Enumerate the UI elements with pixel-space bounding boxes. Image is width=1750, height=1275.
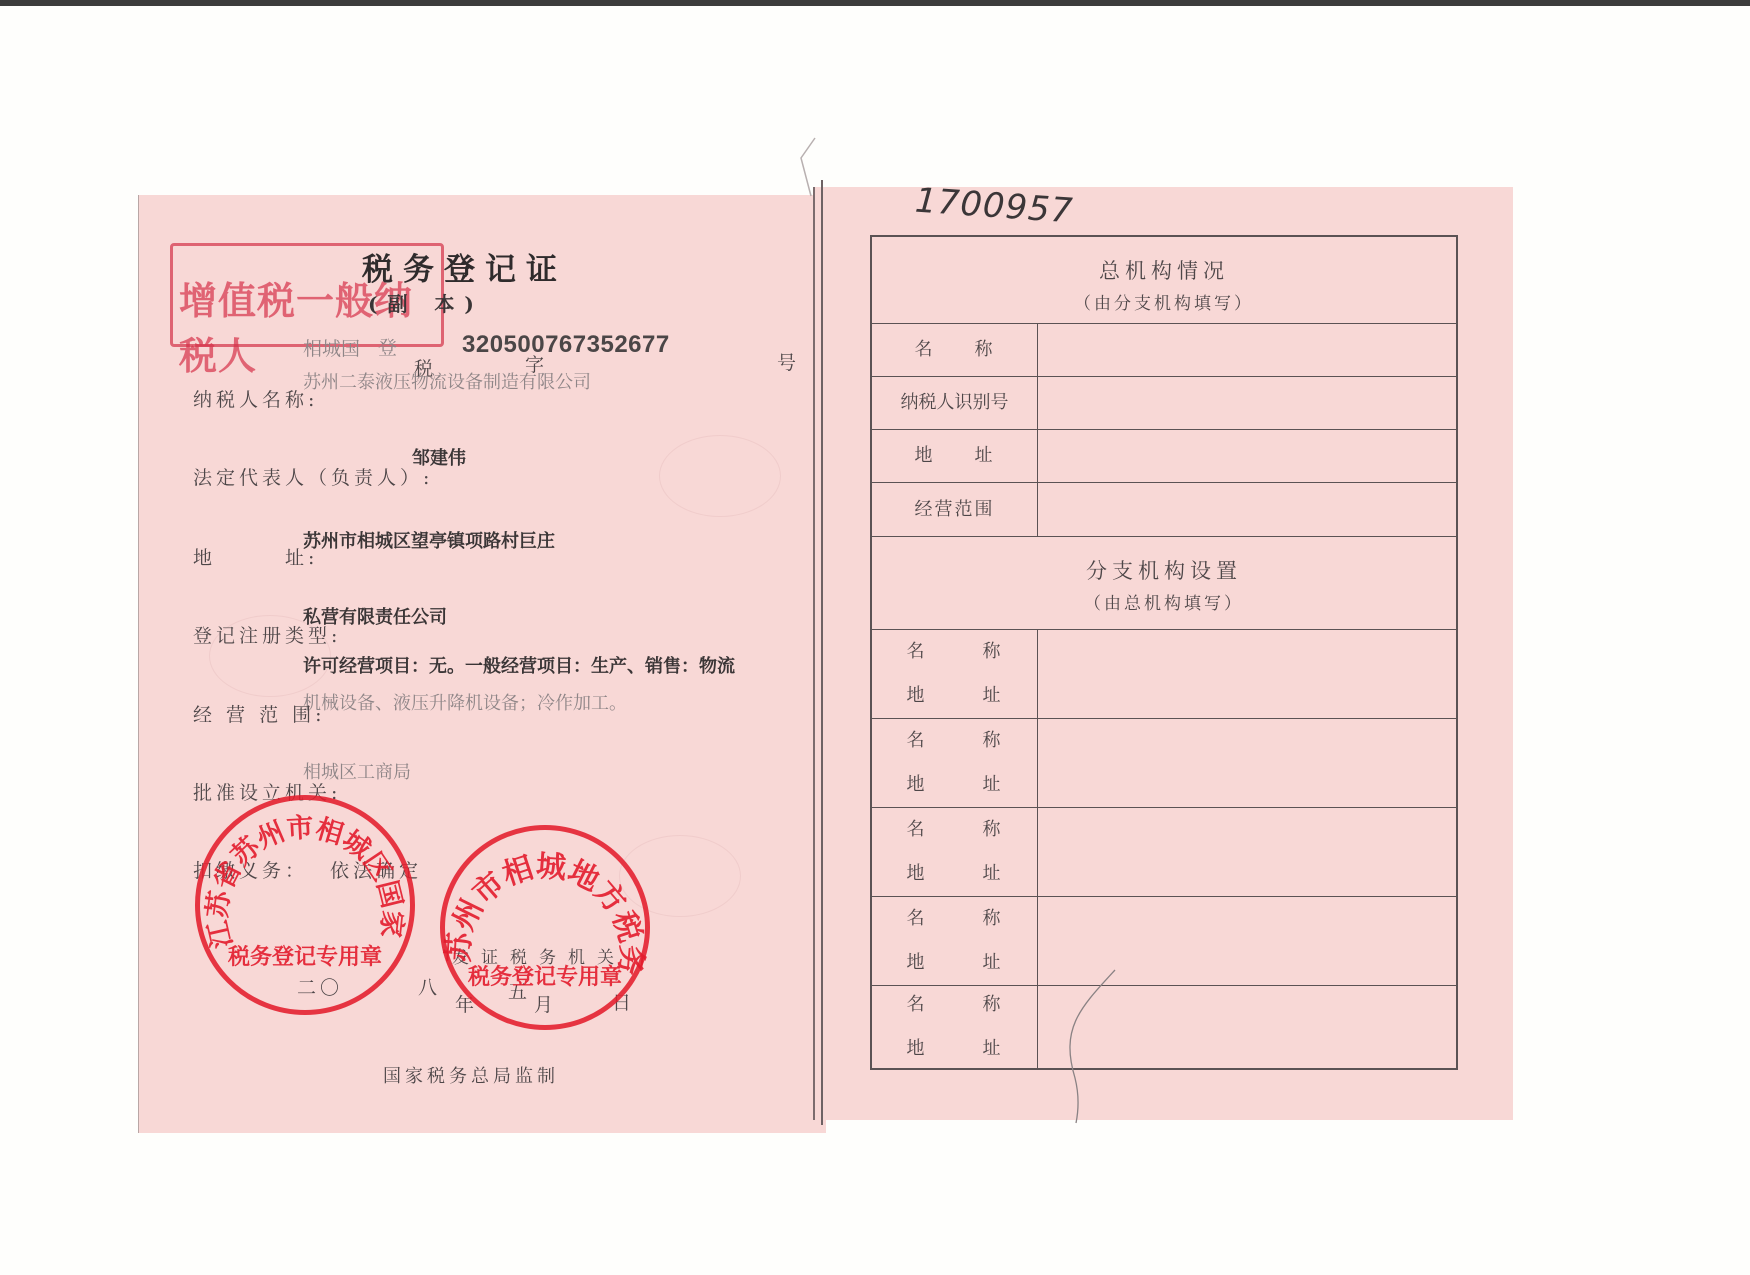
label-char: 称: [983, 808, 1003, 852]
label-char: 称: [983, 897, 1003, 941]
seal-ring-text-icon: 江苏省苏州市相城区国家税务局: [195, 795, 415, 1015]
head-office-taxid-field[interactable]: [1038, 377, 1456, 429]
scanner-top-edge: [0, 0, 1750, 6]
label-char: 名: [907, 808, 927, 852]
seal-ring-text-icon: 苏州市相城地方税务局: [440, 825, 650, 1030]
head-office-address-field[interactable]: [1038, 430, 1456, 482]
seal-center-text: 税务登记专用章: [200, 940, 410, 971]
label-char: 名: [907, 630, 927, 674]
svg-text:江苏省苏州市相城区国家税务局: 江苏省苏州市相城区国家税务局: [181, 771, 408, 951]
branches-section-header: 分支机构设置 （由总机构填写）: [872, 537, 1456, 630]
date-year-digit: 八: [418, 973, 441, 1000]
address-label: 地 址:: [193, 543, 318, 570]
branch-1-field[interactable]: [1038, 630, 1456, 718]
row-label: 经营范围: [915, 488, 995, 532]
local-tax-bureau-seal: 苏州市相城地方税务局 税务登记专用章: [440, 825, 650, 1030]
branch-row: 名称 地址: [872, 986, 1456, 1068]
taxpayer-name-value: 苏州二泰液压物流设备制造有限公司: [303, 368, 591, 394]
label-char: 址: [983, 674, 1003, 718]
taxpayer-name-label: 纳税人名称:: [193, 385, 318, 412]
label-char: 地: [907, 1027, 927, 1071]
document-title: 税务登记证: [362, 244, 567, 289]
branch-row: 名称 地址: [872, 719, 1456, 808]
row-label: 纳税人识别号: [901, 381, 1009, 425]
head-office-note: （由分支机构填写）: [872, 289, 1456, 314]
svg-text:苏州市相城地方税务局: 苏州市相城地方税务局: [425, 798, 649, 977]
seal-center-text: 税务登记专用章: [445, 960, 645, 991]
tax-reg-prefix: 相城国: [303, 334, 360, 361]
head-office-title: 总机构情况: [872, 255, 1456, 285]
label-char: 地: [907, 941, 927, 985]
label-char: 称: [983, 719, 1003, 763]
branch-row: 名称 地址: [872, 808, 1456, 897]
tax-reg-char-deng: 登: [378, 333, 401, 360]
label-char: 址: [983, 852, 1003, 896]
loose-thread: [1040, 968, 1120, 1128]
label-char: 地: [907, 852, 927, 896]
label-char: 地: [907, 763, 927, 807]
branch-2-field[interactable]: [1038, 719, 1456, 807]
address-value: 苏州市相城区望亭镇项路村巨庄: [303, 527, 555, 553]
book-spine: [821, 180, 823, 1125]
business-scope-value-line2: 机械设备、液压升降机设备；冷作加工。: [303, 689, 627, 715]
head-office-name-field[interactable]: [1038, 324, 1456, 376]
head-office-row-scope: 经营范围: [872, 483, 1456, 537]
label-char: 址: [983, 1027, 1003, 1071]
branch-row: 名称 地址: [872, 630, 1456, 719]
security-watermark: [659, 435, 781, 517]
tax-registration-number: 320500767352677: [462, 331, 670, 359]
label-char: 名: [907, 719, 927, 763]
legal-representative-label: 法定代表人（负责人）:: [193, 463, 433, 490]
label-char: 称: [983, 983, 1003, 1027]
head-office-scope-field[interactable]: [1038, 483, 1456, 536]
label-char: 称: [983, 630, 1003, 674]
label-char: 名: [907, 897, 927, 941]
head-office-row-name: 名 称: [872, 324, 1456, 377]
label-char: 址: [983, 941, 1003, 985]
label-char: 址: [983, 763, 1003, 807]
label-char: 地: [907, 674, 927, 718]
branch-3-field[interactable]: [1038, 808, 1456, 896]
row-label: 名 称: [915, 328, 995, 372]
registration-type-label: 登记注册类型:: [193, 621, 341, 648]
document-subtitle: (副 本): [368, 288, 484, 317]
head-office-section-header: 总机构情况 （由分支机构填写）: [872, 237, 1456, 324]
branches-title: 分支机构设置: [872, 555, 1456, 585]
branch-info-table: 总机构情况 （由分支机构填写） 名 称 纳税人识别号 地 址 经营范围 分支机构…: [870, 235, 1458, 1070]
head-office-row-address: 地 址: [872, 430, 1456, 483]
tax-reg-suffix: 号: [777, 348, 800, 375]
branch-row: 名称 地址: [872, 897, 1456, 986]
label-char: 名: [907, 983, 927, 1027]
head-office-row-taxid: 纳税人识别号: [872, 377, 1456, 430]
business-scope-label: 经 营 范 围:: [193, 700, 326, 727]
state-tax-bureau-seal: 江苏省苏州市相城区国家税务局 税务登记专用章: [195, 795, 415, 1015]
row-label: 地 址: [915, 434, 995, 478]
business-scope-value-line1: 许可经营项目：无。一般经营项目：生产、销售：物流: [303, 652, 735, 678]
footer-supervisor: 国家税务总局监制: [383, 1062, 559, 1088]
branches-note: （由总机构填写）: [872, 589, 1456, 614]
